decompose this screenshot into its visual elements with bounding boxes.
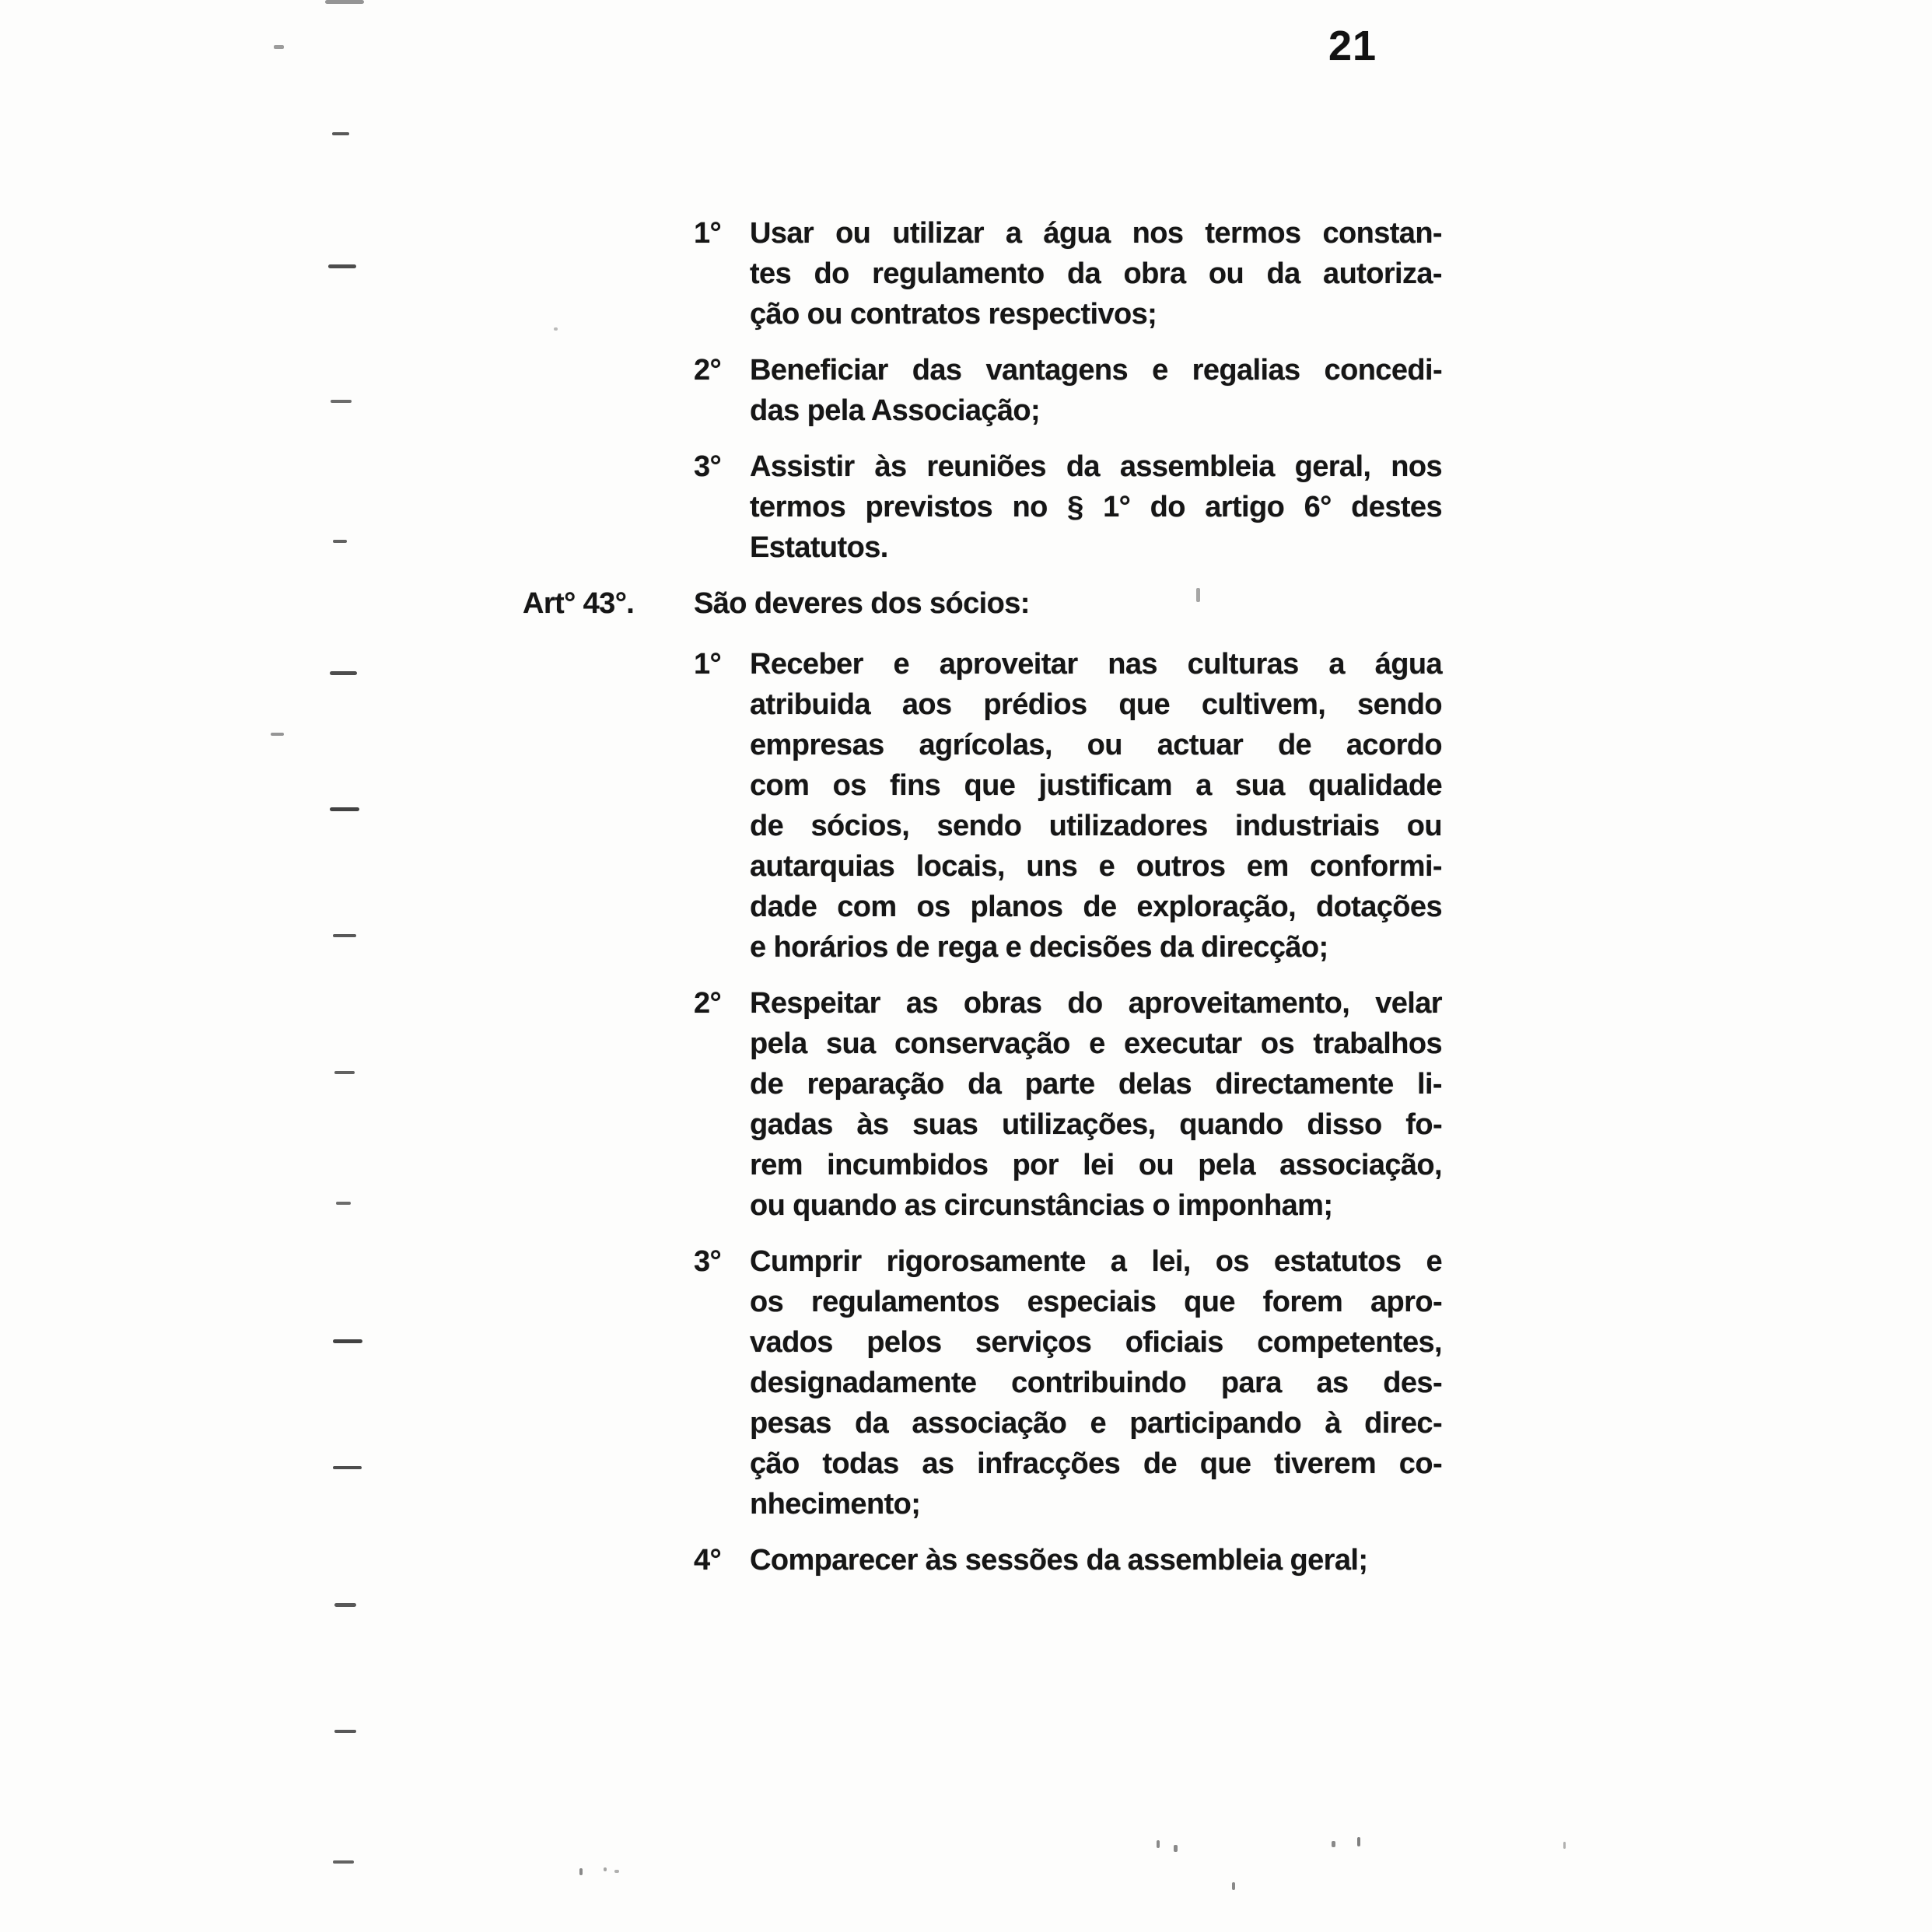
text-line: Comparecer às sessões da assembleia gera… (750, 1540, 1442, 1580)
margin-mark (336, 1202, 351, 1205)
statute-item: 3°Assistir às reuniões da assembleia ger… (694, 446, 1445, 568)
margin-mark (333, 1339, 362, 1343)
text-line: de reparação da parte delas directamente… (750, 1064, 1442, 1104)
margin-mark (334, 1071, 355, 1074)
noise-speck (1196, 588, 1200, 602)
noise-speck (274, 45, 284, 49)
statute-item: 1°Usar ou utilizar a água nos termos con… (694, 213, 1445, 334)
item-number: 4° (694, 1540, 750, 1580)
margin-mark (332, 132, 349, 135)
noise-speck (604, 1867, 607, 1871)
text-line: Respeitar as obras do aproveitamento, ve… (750, 983, 1442, 1024)
text-line: gadas às suas utilizações, quando disso … (750, 1104, 1442, 1145)
statute-item: 2°Beneficiar das vantagens e regalias co… (694, 350, 1445, 431)
text-line: nhecimento; (750, 1484, 1442, 1524)
statute-item: 2°Respeitar as obras do aproveitamento, … (694, 983, 1445, 1226)
item-text: Cumprir rigorosamente a lei, os estatuto… (750, 1241, 1442, 1524)
item-number: 2° (694, 350, 750, 431)
text-line: Receber e aproveitar nas culturas a água (750, 644, 1442, 684)
text-line: e horários de rega e decisões da direcçã… (750, 927, 1442, 968)
text-line: pesas da associação e participando à dir… (750, 1403, 1442, 1444)
noise-speck (579, 1868, 583, 1875)
text-line: com os fins que justificam a sua qualida… (750, 765, 1442, 806)
item-text: Comparecer às sessões da assembleia gera… (750, 1540, 1442, 1580)
margin-mark (334, 1730, 356, 1733)
margin-mark (333, 540, 347, 543)
margin-mark (333, 1860, 354, 1864)
item-number: 3° (694, 446, 750, 568)
text-line: ou quando as circunstâncias o imponham; (750, 1185, 1442, 1226)
text-line: empresas agrícolas, ou actuar de acordo (750, 725, 1442, 765)
noise-speck (1357, 1837, 1360, 1846)
document-page: 21 1°Usar ou utilizar a água nos termos … (0, 0, 1932, 1932)
article-heading: Art° 43°.São deveres dos sócios: (523, 583, 1445, 624)
text-line: de sócios, sendo utilizadores industriai… (750, 806, 1442, 846)
text-line: termos previstos no § 1° do artigo 6° de… (750, 487, 1442, 527)
text-line: Beneficiar das vantagens e regalias conc… (750, 350, 1442, 390)
margin-mark (330, 671, 357, 675)
text-line: Assistir às reuniões da assembleia geral… (750, 446, 1442, 487)
text-line: os regulamentos especiais que forem apro… (750, 1282, 1442, 1322)
text-line: atribuida aos prédios que cultivem, send… (750, 684, 1442, 725)
noise-speck (614, 1870, 619, 1873)
margin-mark (330, 807, 359, 811)
margin-mark (328, 264, 356, 268)
item-text: Receber e aproveitar nas culturas a água… (750, 644, 1442, 968)
text-line: Cumprir rigorosamente a lei, os estatuto… (750, 1241, 1442, 1282)
text-line: ção ou contratos respectivos; (750, 294, 1442, 334)
statute-item: 1°Receber e aproveitar nas culturas a ág… (694, 644, 1445, 968)
statute-item: 3°Cumprir rigorosamente a lei, os estatu… (694, 1241, 1445, 1524)
item-number: 1° (694, 644, 750, 968)
article-intro: São deveres dos sócios: (694, 583, 1030, 624)
text-line: tes do regulamento da obra ou da autoriz… (750, 254, 1442, 294)
margin-mark (325, 0, 364, 4)
noise-speck (1174, 1845, 1178, 1852)
article-number: Art° 43°. (523, 583, 694, 624)
margin-mark (331, 400, 352, 403)
item-number: 3° (694, 1241, 750, 1524)
item-text: Respeitar as obras do aproveitamento, ve… (750, 983, 1442, 1226)
item-number: 2° (694, 983, 750, 1226)
statute-item: 4°Comparecer às sessões da assembleia ge… (694, 1540, 1445, 1580)
text-line: Usar ou utilizar a água nos termos const… (750, 213, 1442, 254)
item-text: Beneficiar das vantagens e regalias conc… (750, 350, 1442, 431)
text-line: ção todas as infracções de que tiverem c… (750, 1444, 1442, 1484)
document-content: 1°Usar ou utilizar a água nos termos con… (523, 213, 1445, 1596)
text-line: pela sua conservação e executar os traba… (750, 1024, 1442, 1064)
noise-speck (1232, 1882, 1235, 1890)
text-line: das pela Associação; (750, 390, 1442, 431)
margin-mark (333, 934, 356, 937)
item-text: Usar ou utilizar a água nos termos const… (750, 213, 1442, 334)
text-line: dade com os planos de exploração, dotaçõ… (750, 887, 1442, 927)
text-line: designadamente contribuindo para as des- (750, 1363, 1442, 1403)
noise-speck (1157, 1840, 1160, 1848)
item-text: Assistir às reuniões da assembleia geral… (750, 446, 1442, 568)
noise-speck (1332, 1841, 1335, 1847)
text-line: autarquias locais, uns e outros em confo… (750, 846, 1442, 887)
text-line: Estatutos. (750, 527, 1442, 568)
text-line: rem incumbidos por lei ou pela associaçã… (750, 1145, 1442, 1185)
noise-speck (554, 327, 558, 331)
margin-mark (334, 1603, 356, 1607)
margin-mark (271, 733, 284, 736)
margin-mark (333, 1466, 362, 1469)
text-line: vados pelos serviços oficiais competente… (750, 1322, 1442, 1363)
item-number: 1° (694, 213, 750, 334)
page-number: 21 (1328, 22, 1377, 70)
noise-speck (1563, 1842, 1566, 1849)
